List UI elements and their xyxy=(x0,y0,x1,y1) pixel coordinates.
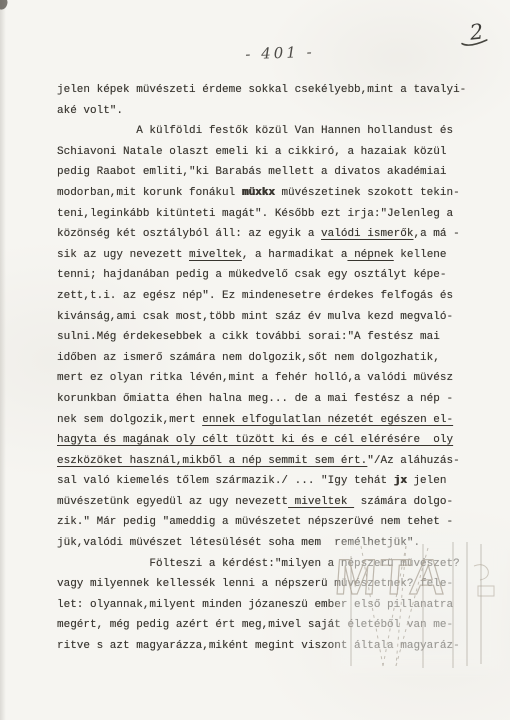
text-line: sal való kiemelés tőlem származik./ ... … xyxy=(57,471,487,492)
text-segment: sulni.Még érdekesebbek a cikk további so… xyxy=(57,331,440,343)
text-segment: ritve s azt magyarázza,miként megint vis… xyxy=(57,640,460,652)
text-line: hagyta és magának oly célt tüzött ki és … xyxy=(57,430,487,451)
text-line: Schiavoni Natale olaszt emeli ki a cikki… xyxy=(57,142,487,163)
text-segment: teni,leginkább kitünteti magát". Később … xyxy=(57,208,453,220)
text-line: korunkban őmiatta éhen halna meg... de a… xyxy=(57,389,487,410)
text-line: mert ez olyan ritka lévén,mint a fehér h… xyxy=(57,368,487,389)
text-segment: kivánság,ami csak most,több mint száz év… xyxy=(57,311,453,323)
text-line: müvészetünk egyedül az ugy nevezett mive… xyxy=(57,492,487,513)
text-segment: ,a má - xyxy=(413,228,459,240)
text-segment: modorban,mit korunk fonákul xyxy=(57,187,242,199)
text-line: sik az ugy nevezett miveltek, a harmadik… xyxy=(57,245,487,266)
text-line: zett,t.i. az egész nép". Ez mindenesetre… xyxy=(57,286,487,307)
text-segment: nek sem dolgozik,mert xyxy=(57,414,202,426)
text-segment: "/Az aláhuzás- xyxy=(367,455,459,467)
text-segment: sal való kiemelés tőlem származik./ ... … xyxy=(57,475,394,487)
text-line: közönség két osztályból áll: az egyik a … xyxy=(57,224,487,245)
text-segment: sik az ugy nevezett xyxy=(57,249,189,261)
text-segment: pedig Raabot emliti,"ki Barabás mellett … xyxy=(57,166,446,178)
text-segment: , a harmadikat a xyxy=(242,249,348,261)
text-line: zik." Már pedig "ameddig a müvészetet né… xyxy=(57,512,487,533)
text-segment: jelen xyxy=(407,475,447,487)
text-line: jelen képek müvészeti érdeme sokkal csek… xyxy=(57,80,487,101)
scanned-document-page: 2 - 401 - jelen képek müvészeti érdeme s… xyxy=(0,0,510,720)
scan-artifact-smudge xyxy=(0,0,8,10)
underlined-text: miveltek xyxy=(288,496,354,508)
text-line: Fölteszi a kérdést:"milyen a népszerü mü… xyxy=(57,554,487,575)
underlined-text: hagyta és magának oly célt tüzött ki és … xyxy=(57,434,453,446)
text-line: eszközöket használ,mikből a nép semmit s… xyxy=(57,451,487,472)
text-line: jük,valódi müvészet létesülését soha mem… xyxy=(57,533,487,554)
underlined-text: eszközöket használ,mikből a nép semmit s… xyxy=(57,455,367,467)
text-line: ritve s azt magyarázza,miként megint vis… xyxy=(57,636,487,657)
text-segment: megért, még pedig azért ért meg,mivel sa… xyxy=(57,619,453,631)
overstruck-text: müxkx xyxy=(242,187,275,199)
text-segment: közönség két osztályból áll: az egyik a xyxy=(57,228,321,240)
underlined-text: népnek xyxy=(347,249,393,261)
text-segment: müvészetinek szokott tekin- xyxy=(275,187,460,199)
underlined-text: miveltek xyxy=(189,249,242,261)
text-segment: Fölteszi a kérdést:"milyen a népszerü mü… xyxy=(57,558,460,570)
text-line: időben az ismerő számára nem dolgozik,ső… xyxy=(57,348,487,369)
text-segment: let: olyannak,milyent minden józaneszü e… xyxy=(57,599,453,611)
text-line: aké volt". xyxy=(57,101,487,122)
text-segment: tenni; hajdanában pedig a mükedvelő csak… xyxy=(57,269,446,281)
text-line: A külföldi festők közül Van Hannen holla… xyxy=(57,121,487,142)
text-segment: A külföldi festők közül Van Hannen holla… xyxy=(57,125,453,137)
text-segment: zik." Már pedig "ameddig a müvészetet né… xyxy=(57,516,453,528)
text-segment: müvészetünk egyedül az ugy nevezett xyxy=(57,496,288,508)
underlined-text: valódi ismerők xyxy=(321,228,413,240)
text-line: sulni.Még érdekesebbek a cikk további so… xyxy=(57,327,487,348)
text-segment: jelen képek müvészeti érdeme sokkal csek… xyxy=(57,84,466,96)
text-line: tenni; hajdanában pedig a mükedvelő csak… xyxy=(57,265,487,286)
text-line: pedig Raabot emliti,"ki Barabás mellett … xyxy=(57,162,487,183)
text-segment: Schiavoni Natale olaszt emeli ki a cikki… xyxy=(57,146,446,158)
overstruck-text: jx xyxy=(394,475,407,487)
typewritten-text: jelen képek müvészeti érdeme sokkal csek… xyxy=(57,80,487,657)
text-segment: időben az ismerő számára nem dolgozik,ső… xyxy=(57,352,440,364)
text-line: vagy milyennek kellessék lenni a népszer… xyxy=(57,574,487,595)
text-line: kivánság,ami csak most,több mint száz év… xyxy=(57,307,487,328)
text-segment: kellene xyxy=(394,249,447,261)
text-line: modorban,mit korunk fonákul müxkx müvész… xyxy=(57,183,487,204)
text-segment: mert ez olyan ritka lévén,mint a fehér h… xyxy=(57,372,453,384)
page-number: - 401 - xyxy=(0,34,510,72)
text-segment: számára dolgo- xyxy=(354,496,453,508)
text-segment: zett,t.i. az egész nép". Ez mindenesetre… xyxy=(57,290,453,302)
text-line: nek sem dolgozik,mert ennek elfogulatlan… xyxy=(57,410,487,431)
text-segment: jük,valódi müvészet létesülését soha mem… xyxy=(57,537,420,549)
underlined-text: ennek elfogulatlan nézetét egészen el- xyxy=(202,414,453,426)
text-segment: aké volt". xyxy=(57,105,123,117)
text-segment: korunkban őmiatta éhen halna meg... de a… xyxy=(57,393,453,405)
text-segment: vagy milyennek kellessék lenni a népszer… xyxy=(57,578,453,590)
text-line: let: olyannak,milyent minden józaneszü e… xyxy=(57,595,487,616)
text-line: teni,leginkább kitünteti magát". Később … xyxy=(57,204,487,225)
text-line: megért, még pedig azért ért meg,mivel sa… xyxy=(57,615,487,636)
